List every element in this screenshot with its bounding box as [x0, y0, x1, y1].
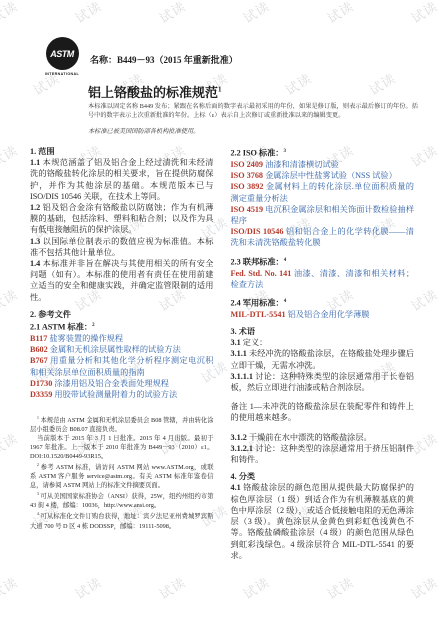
two-column-body: 1. 范围 1.1 本规范涵盖了铝及铝合金上经过清洗和未经清洗的铬酸盐转化涂层的… — [30, 146, 414, 561]
dod-approval-note: 本标准已被美国国防部各机构批准使用。 — [88, 126, 199, 135]
footnote-marker: 4 — [284, 258, 286, 263]
ref-link[interactable]: D1730 — [30, 379, 52, 388]
document-page: 试读试读试读试读试读试读试读试读试读试读试读试读试读试读试读试读试读试读试读试读… — [0, 0, 440, 620]
paragraph-3-1-1: 3.1.1 未经冲洗的铬酸盐涂层，在铬酸盐处理步骤后立即干燥，无需水冲洗。 — [231, 348, 415, 370]
footnote-1: 1 本规范由 ASTM 金属和无机涂层委员会 B08 管辖，并由转化涂层小组委员… — [30, 414, 214, 434]
left-column: 1. 范围 1.1 本规范涵盖了铝及铝合金上经过清洗和未经清洗的铬酸盐转化涂层的… — [30, 146, 214, 561]
ref-link[interactable]: ISO/DIS 10546 — [231, 227, 284, 236]
footnote-3: 3 可从美国国家标准协会（ANSI）获得，25W，纽约州纽约市第 43 街 4 … — [30, 490, 214, 510]
subheading-iso-standards: 2.2 ISO 标准：3 — [231, 146, 415, 159]
note-1: 备注 1—未冲洗的铬酸盐涂层在装配零件和铸件上的使用越来越多。 — [231, 401, 415, 423]
ref-link[interactable]: Fed. Std. No. 141 — [231, 269, 292, 278]
right-column: 2.2 ISO 标准：3 ISO 2409 油漆和清漆横切试验 ISO 3768… — [231, 146, 415, 561]
section-heading-references: 2. 参考文件 — [30, 309, 214, 320]
section-heading-classification: 4. 分类 — [231, 471, 415, 482]
ref-link[interactable]: ISO 4519 — [231, 205, 264, 214]
paragraph-4-1: 4.1 铬酸盐涂层的颜色范围从提供最大防腐保护的棕色厚涂层（1 级）到适合作为有… — [231, 482, 415, 560]
ref-link[interactable]: ISO 3892 — [231, 182, 264, 191]
standard-intro-paragraph: 本标准以固定名称 B449 发布；紧跟在名称后面的数字表示最初采用的年份，如果是… — [88, 103, 418, 121]
subheading-military-standards: 2.4 军用标准：4 — [231, 296, 415, 309]
paragraph-3-1-1-1: 3.1.1.1 讨论：这种特殊类型的涂层通常用于长卷铝板，然后立即进行油漆或粘合… — [231, 371, 415, 393]
footnote-2: 2 参考 ASTM 标准，请访问 ASTM 网站 www.ASTM.org，或联… — [30, 461, 214, 490]
ref-item-d3359: D3359 用胶带试验测量附着力的试验方法 — [30, 389, 214, 400]
footnotes-block: 1 本规范由 ASTM 金属和无机涂层委员会 B08 管辖，并由转化涂层小组委员… — [30, 414, 214, 530]
subheading-astm-standards: 2.1 ASTM 标准：2 — [30, 320, 214, 333]
paragraph-3-1-2-1: 3.1.2.1 讨论：这种类型的涂层通常用于挤压铝制件和铸件。 — [231, 443, 415, 465]
ref-item-b602: B602 金属和无机涂层属性取样的试验方法 — [30, 344, 214, 355]
designation-line: 名称：B449－93（2015 年重新批准） — [90, 53, 238, 66]
section-heading-scope: 1. 范围 — [30, 146, 214, 157]
ref-item-iso4519: ISO 4519 电沉积金属涂层和相关饰面计数检验抽样程序 — [231, 204, 415, 226]
astm-logo-subtext: INTERNATIONAL — [40, 72, 84, 76]
paragraph-3-1: 3.1 定义： — [231, 337, 415, 348]
footnote-marker: 4 — [284, 299, 286, 304]
ref-link[interactable]: B602 — [30, 345, 48, 354]
paragraph-1-1: 1.1 本规范涵盖了铝及铝合金上经过清洗和未经清洗的铬酸盐转化涂层的相关要求，旨… — [30, 157, 214, 202]
ref-item-d1730: D1730 涂漆用铝及铝合金表面处理规程 — [30, 378, 214, 389]
ref-link[interactable]: D3359 — [30, 390, 52, 399]
ref-link[interactable]: ISO 2409 — [231, 160, 264, 169]
paragraph-1-2: 1.2 铝及铝合金涂有铬酸盐以防腐蚀；作为有机薄膜的基础，包括涂料、塑料和粘合剂… — [30, 202, 214, 236]
section-heading-terminology: 3. 术语 — [231, 326, 415, 337]
astm-logo: ASTM INTERNATIONAL — [40, 37, 84, 76]
ref-link[interactable]: ISO 3768 — [231, 171, 264, 180]
astm-logo-circle: ASTM — [46, 37, 79, 70]
ref-item-iso2409: ISO 2409 油漆和清漆横切试验 — [231, 159, 415, 170]
paragraph-1-3: 1.3 以国际单位制表示的数值应视为标准值。本标准不包括其他计量单位。 — [30, 236, 214, 258]
ref-link[interactable]: MIL-DTL-5541 — [231, 310, 286, 319]
footnote-1-continued: 当前版本于 2015 年 3 月 1 日批准。2015 年 4 月出版。最初于 … — [30, 434, 214, 461]
footnote-4: 4 可从标准化文件订购台获得，地址：宾夕法尼亚州费城罗宾斯大道 700 号 D … — [30, 510, 214, 530]
footnote-marker: 3 — [284, 149, 286, 154]
ref-item-iso3768: ISO 3768 金属涂层中性盐雾试验（NSS 试验） — [231, 170, 415, 181]
ref-item-iso3892: ISO 3892 金属材料上的转化涂层.单位面积质量的测定重量分析法 — [231, 181, 415, 203]
ref-item-b117: B117 盐雾装置的操作规程 — [30, 333, 214, 344]
ref-link[interactable]: B767 — [30, 356, 48, 365]
subheading-federal-standards: 2.3 联邦标准：4 — [231, 255, 415, 268]
page-title: 铝上铬酸盐的标准规范1 — [88, 82, 222, 101]
ref-item-mildtl5541: MIL-DTL-5541 铝及铝合金用化学薄膜 — [231, 309, 415, 320]
ref-item-isodis10546: ISO/DIS 10546 铝和铝合金上的化学转化膜——清洗和未清洗铬酸盐转化膜 — [231, 226, 415, 248]
ref-item-fedstd141: Fed. Std. No. 141 油漆、清漆、清漆和相关材料；检查方法 — [231, 268, 415, 290]
footnote-marker: 2 — [92, 323, 94, 328]
paragraph-3-1-2: 3.1.2 干燥前在水中漂洗的铬酸盐涂层。 — [231, 432, 415, 443]
title-footnote-marker: 1 — [218, 86, 222, 94]
astm-logo-monogram: ASTM — [50, 49, 74, 59]
paragraph-1-4: 1.4 本标准并非旨在解决与其使用相关的所有安全问题（如有）。本标准的使用者有责… — [30, 258, 214, 303]
ref-item-b767: B767 用重量分析和其他化学分析程序测定电沉积和相关涂层单位面积质量的指南 — [30, 355, 214, 377]
ref-link[interactable]: B117 — [30, 334, 47, 343]
